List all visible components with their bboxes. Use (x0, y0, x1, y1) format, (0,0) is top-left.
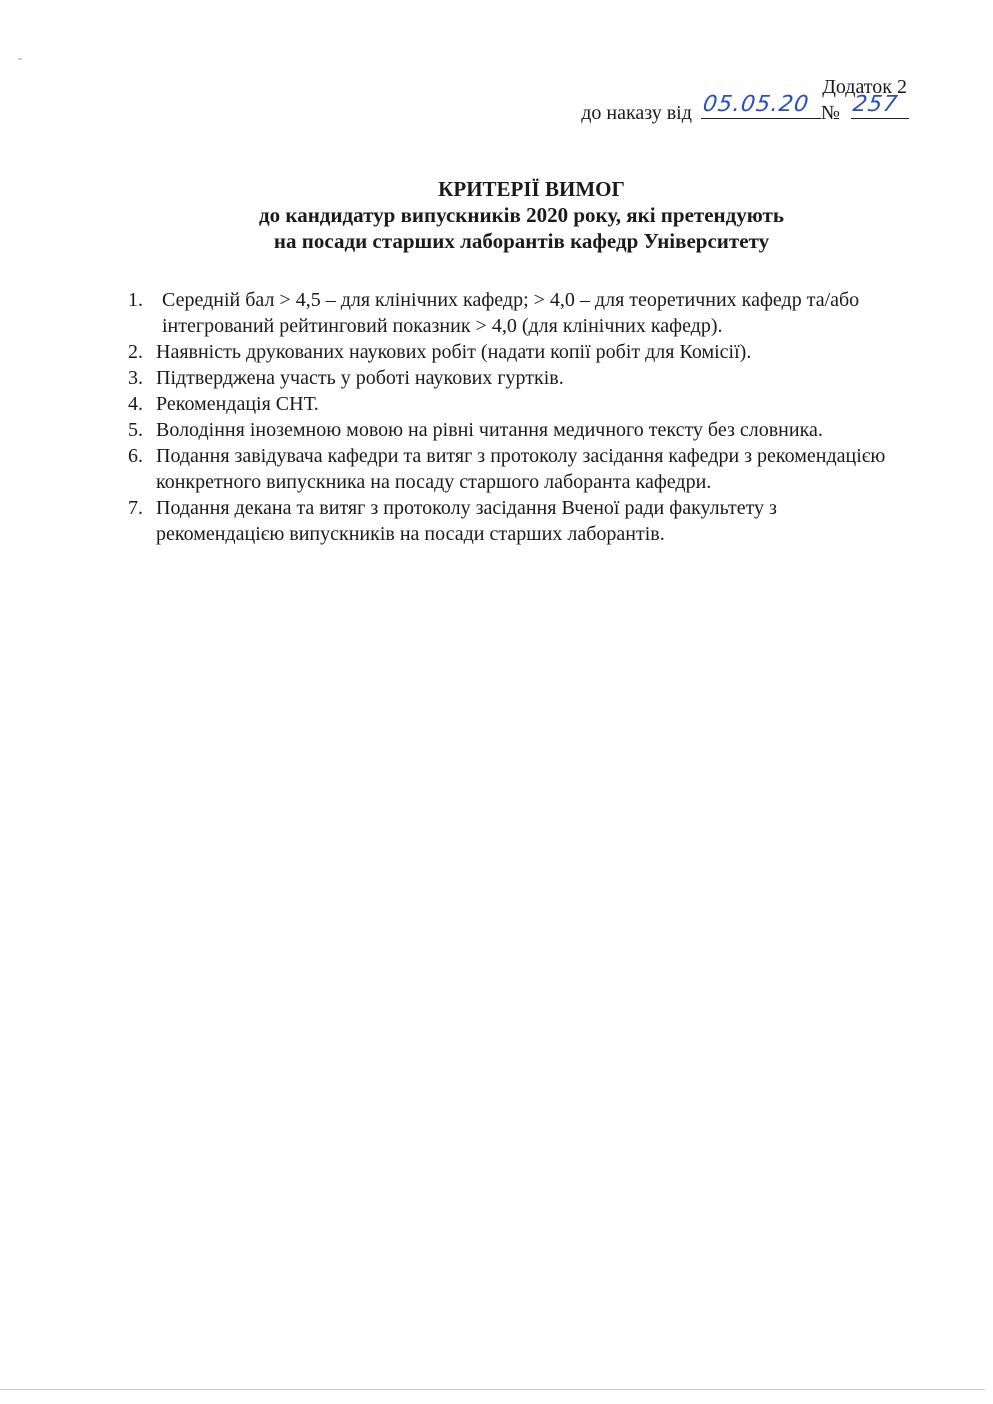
criteria-item: 4. Рекомендація СНТ. (128, 391, 918, 417)
item-number: 6. (128, 443, 156, 495)
item-number: 2. (128, 339, 156, 365)
scan-speck (18, 58, 22, 60)
title-line-2: до кандидатур випускників 2020 року, які… (0, 202, 993, 228)
number-sign: № (821, 102, 840, 124)
order-number-handwritten: 257 (851, 92, 900, 118)
criteria-list: 1. Середній бал > 4,5 – для клінічних ка… (128, 287, 918, 547)
criteria-item: 7. Подання декана та витяг з протоколу з… (128, 495, 918, 547)
item-text: Наявність друкованих наукових робіт (над… (156, 339, 918, 365)
item-text: Рекомендація СНТ. (156, 391, 918, 417)
item-text: Підтверджена участь у роботі наукових гу… (156, 365, 918, 391)
item-number: 1. (128, 287, 162, 339)
scan-edge-line (0, 1389, 985, 1390)
order-reference: до наказу від 05.05.20 № 257 (581, 96, 909, 126)
order-prefix: до наказу від (581, 102, 692, 124)
document-title: КРИТЕРІЇ ВИМОГ до кандидатур випускників… (0, 176, 993, 254)
item-number: 4. (128, 391, 156, 417)
item-number: 5. (128, 417, 156, 443)
criteria-item: 6. Подання завідувача кафедри та витяг з… (128, 443, 918, 495)
title-line-3: на посади старших лаборантів кафедр Унів… (0, 228, 993, 254)
item-text: Володіння іноземною мовою на рівні читан… (156, 417, 918, 443)
title-line-1: КРИТЕРІЇ ВИМОГ (0, 176, 993, 202)
criteria-item: 2. Наявність друкованих наукових робіт (… (128, 339, 918, 365)
criteria-item: 1. Середній бал > 4,5 – для клінічних ка… (128, 287, 918, 339)
item-text: Середній бал > 4,5 – для клінічних кафед… (162, 287, 918, 339)
item-text: Подання декана та витяг з протоколу засі… (156, 495, 918, 547)
item-number: 3. (128, 365, 156, 391)
item-number: 7. (128, 495, 156, 547)
criteria-item: 3. Підтверджена участь у роботі наукових… (128, 365, 918, 391)
order-date-field: 05.05.20 (701, 96, 821, 119)
order-number-field: 257 (851, 96, 909, 119)
item-text: Подання завідувача кафедри та витяг з пр… (156, 443, 918, 495)
criteria-item: 5. Володіння іноземною мовою на рівні чи… (128, 417, 918, 443)
order-date-handwritten: 05.05.20 (701, 92, 811, 118)
